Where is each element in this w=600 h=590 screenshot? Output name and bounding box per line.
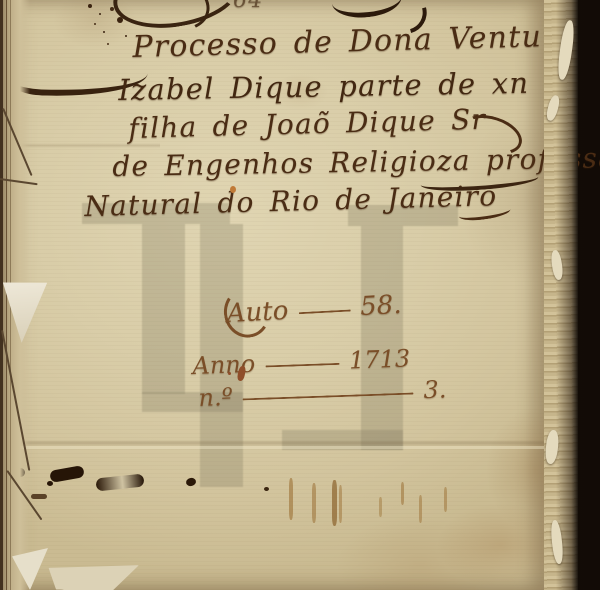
drip-stain: [444, 487, 447, 512]
title-line-2: Izabel Dique parte de xn: [118, 66, 529, 107]
ink-dot: [230, 186, 236, 193]
drip-stain: [332, 480, 337, 526]
numero-value: 3.: [423, 375, 447, 404]
numero-label: n.º: [198, 383, 233, 412]
page-edges: [544, 0, 578, 590]
inked-rule: [265, 363, 339, 368]
inked-rule: [298, 310, 350, 315]
ink-blot: [264, 487, 269, 491]
drip-stain: [401, 482, 404, 505]
anno-label: Anno: [192, 350, 256, 380]
binding-spine-line: [0, 0, 3, 590]
ink-speckles: [88, 4, 92, 8]
drip-stain: [312, 483, 316, 523]
cropped-header-fragment: 64: [233, 0, 263, 13]
drip-stain: [419, 495, 422, 523]
ink-blot: [47, 481, 53, 486]
ink-dot: [228, 372, 231, 375]
drip-stain: [289, 478, 293, 520]
manuscript-photo: 64 Processo de Dona Ventura Izabel Dique…: [0, 0, 600, 590]
ink-blot: [31, 494, 47, 499]
auto-label: Auto: [226, 296, 289, 329]
anno-value: 1713: [349, 344, 411, 374]
auto-value: 58.: [359, 290, 402, 322]
drip-stain: [339, 485, 342, 523]
inked-rule: [243, 392, 414, 400]
drip-stain: [379, 497, 382, 517]
